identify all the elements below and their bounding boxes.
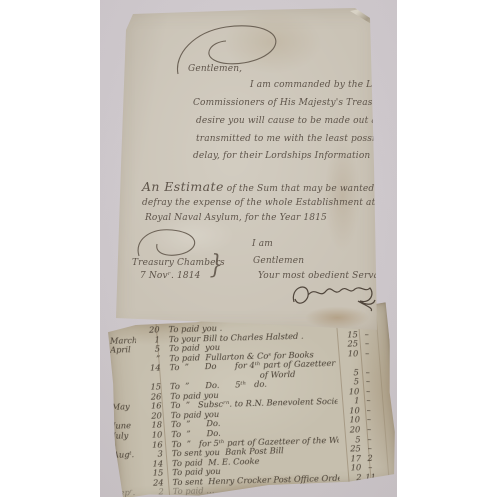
closing-line: Your most obedient Servant— (258, 271, 397, 281)
salutation: Gentlemen, (188, 64, 242, 74)
date-paraph-flourish (134, 224, 216, 260)
letter-line: I am commanded by the Lords (250, 80, 393, 90)
signature-flourish (288, 282, 378, 312)
brace-flourish: } (210, 250, 223, 280)
auction-photo-page: Gentlemen, I am commanded by the Lords C… (0, 0, 500, 500)
treasury-letter-document: Gentlemen, I am commanded by the Lords C… (112, 6, 380, 334)
letter-line: Commissioners of His Majesty's Treasury … (193, 98, 397, 108)
estimate-lead: An Estimate (142, 179, 224, 194)
estimate-line: defray the expense of the whole Establis… (142, 198, 394, 208)
closing-line: Gentlemen (253, 256, 304, 266)
estimate-rest: of the Sum that may be wanted to (227, 184, 387, 194)
date-line: 7 Novʳ. 1814 (140, 271, 201, 281)
closing-line: I am (252, 239, 273, 249)
account-ledger-document: ”20To paid you .10– March1To your Bill t… (105, 302, 397, 497)
letter-line: delay, for their Lordships Information (193, 151, 370, 161)
folded-corner (350, 6, 378, 30)
estimate-line: Royal Naval Asylum, for the Year 1815 (145, 213, 327, 223)
estimate-line: An Estimate of the Sum that may be wante… (142, 179, 387, 194)
photograph-backdrop: Gentlemen, I am commanded by the Lords C… (100, 0, 397, 497)
letter-line: desire you will cause to be made out and (196, 116, 389, 126)
letter-line: transmitted to me with the least possibl… (196, 134, 389, 144)
ledger-rows: ”20To paid you .10– March1To your Bill t… (105, 316, 392, 497)
